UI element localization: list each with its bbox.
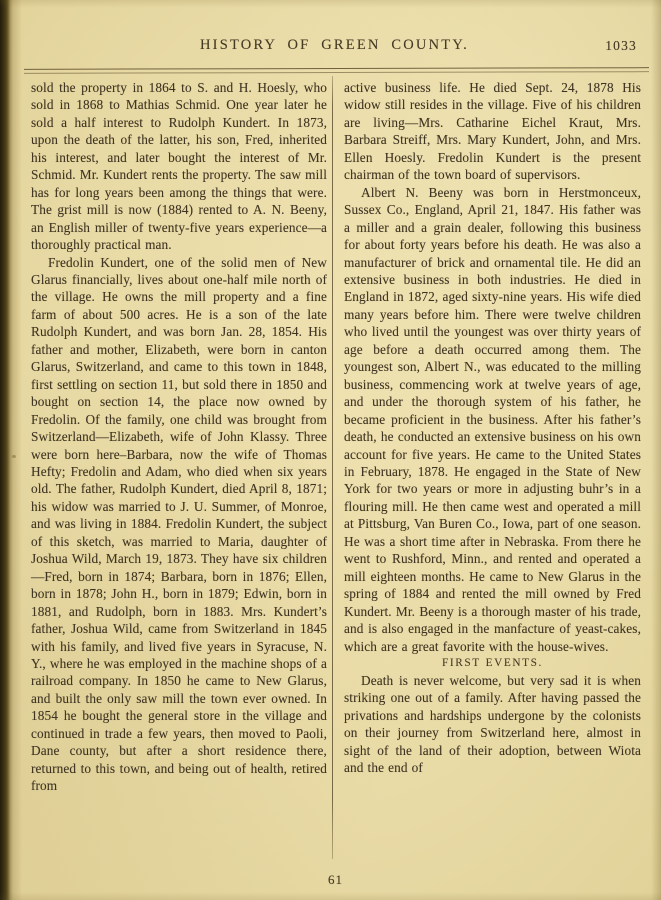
signature-mark: 61 bbox=[328, 872, 343, 887]
page-footer: 61 bbox=[22, 872, 649, 888]
running-title: HISTORY OF GREEN COUNTY. bbox=[24, 37, 645, 54]
page-edge-right bbox=[651, 0, 661, 900]
page-edge-top bbox=[0, 0, 661, 8]
right-column: active business life. He died Sept. 24, … bbox=[344, 79, 641, 777]
book-page: HISTORY OF GREEN COUNTY. 1033 sold the p… bbox=[0, 0, 661, 900]
column-divider-rule bbox=[332, 76, 333, 859]
paragraph: Death is never welcome, but very sad it … bbox=[344, 672, 641, 777]
page-edge-bottom bbox=[0, 892, 661, 900]
left-column: sold the property in 1864 to S. and H. H… bbox=[31, 79, 327, 795]
section-heading: FIRST EVENTS. bbox=[344, 656, 641, 671]
scan-speck bbox=[12, 455, 16, 458]
paragraph: Albert N. Beeny was born in Herstmonceux… bbox=[344, 184, 641, 655]
header-rule bbox=[24, 67, 649, 74]
paragraph: Fredolin Kundert, one of the solid men o… bbox=[31, 254, 327, 795]
page-number: 1033 bbox=[605, 38, 637, 54]
paragraph: active business life. He died Sept. 24, … bbox=[344, 79, 641, 184]
binding-shadow bbox=[0, 0, 22, 900]
page-header: HISTORY OF GREEN COUNTY. 1033 bbox=[24, 37, 645, 57]
paragraph: sold the property in 1864 to S. and H. H… bbox=[31, 79, 327, 254]
